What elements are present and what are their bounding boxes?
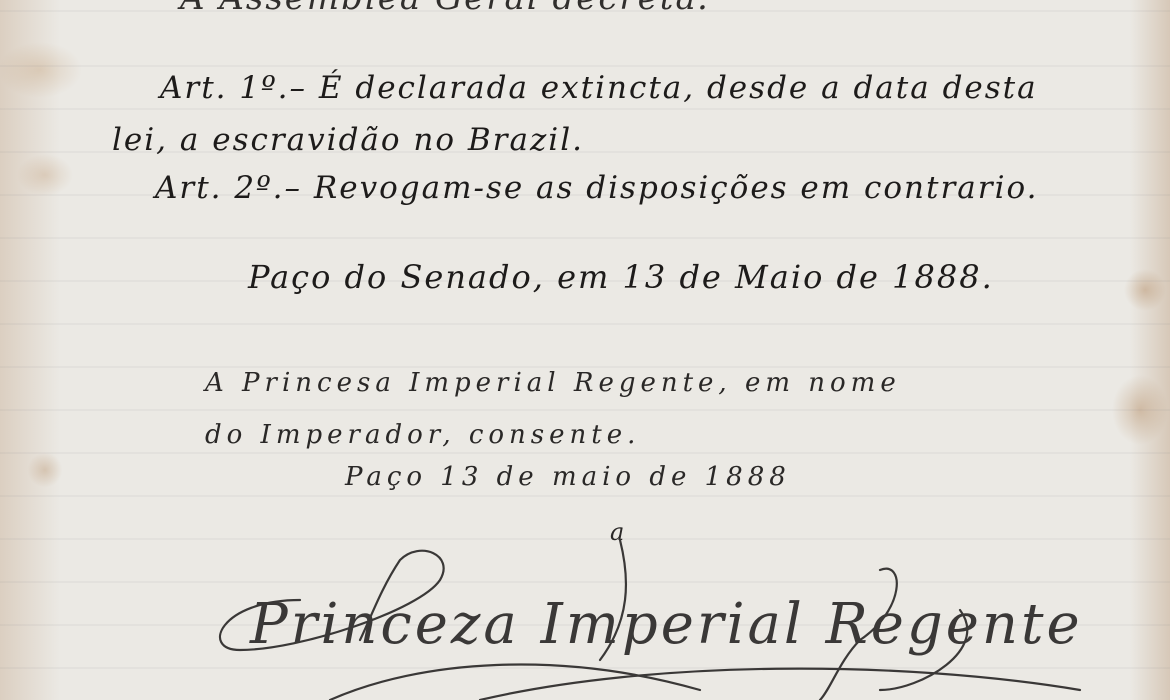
signature: Princeza Imperial Regente bbox=[250, 592, 1083, 657]
